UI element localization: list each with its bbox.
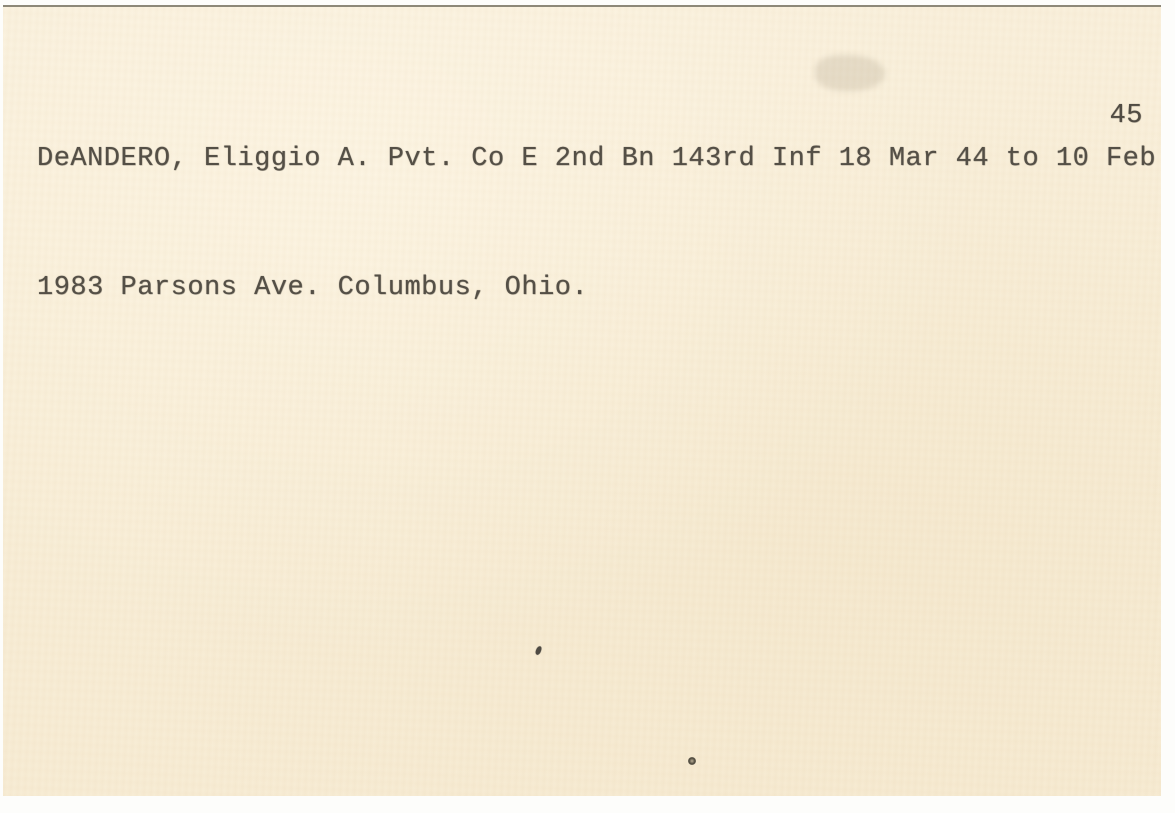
ink-speck-1 (535, 645, 543, 655)
typed-line-1: DeANDERO, Eliggio A. Pvt. Co E 2nd Bn 14… (37, 138, 1161, 181)
ink-speck-2 (688, 757, 696, 765)
index-card: DeANDERO, Eliggio A. Pvt. Co E 2nd Bn 14… (3, 5, 1161, 796)
typed-text-block: DeANDERO, Eliggio A. Pvt. Co E 2nd Bn 14… (37, 52, 1161, 396)
typed-line-2: 1983 Parsons Ave. Columbus, Ohio. (37, 267, 1161, 310)
wrapped-year-fragment: 45 (1110, 95, 1143, 138)
